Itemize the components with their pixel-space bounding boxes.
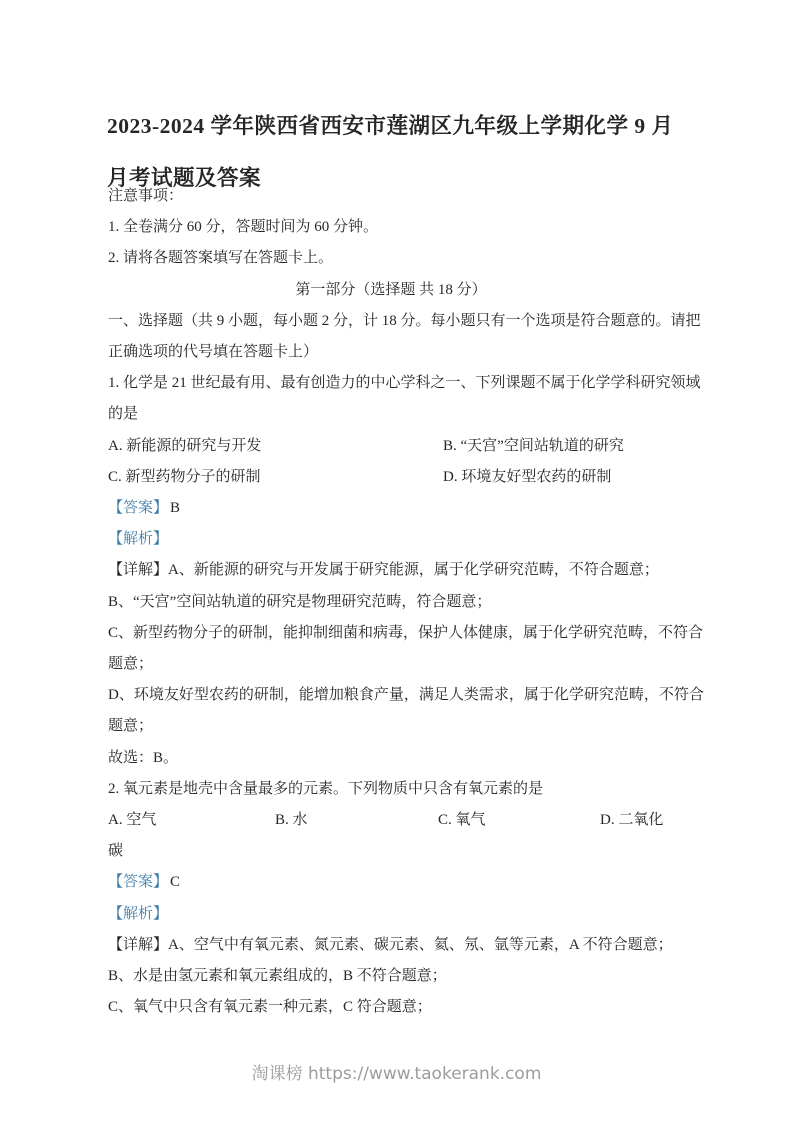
question2-stem: 2. 氧元素是地壳中含量最多的元素。下列物质中只含有氧元素的是: [108, 774, 674, 805]
question1-option-d: D. 环境友好型农药的研制: [443, 469, 611, 485]
question1-options-row1: A. 新能源的研究与开发B. “天宫”空间站轨道的研究: [108, 431, 674, 462]
section-intro-line1: 一、选择题（共 9 小题，每小题 2 分，计 18 分。每小题只有一个选项是符合…: [108, 306, 674, 337]
question1-option-a: A. 新能源的研究与开发: [108, 431, 443, 462]
footer-watermark: 淘课榜 https://www.taokerank.com: [0, 1062, 793, 1086]
question1-detail-line4: 题意；: [108, 649, 674, 680]
question1-detail-line2: B、“天宫”空间站轨道的研究是物理研究范畴，符合题意；: [108, 587, 674, 618]
question1-answer-row: 【答案】B: [108, 493, 674, 524]
question2-detail-line1: 【详解】A、空气中有氧元素、氮元素、碳元素、氦、氖、氩等元素，A 不符合题意；: [108, 930, 674, 961]
part-heading: 第一部分（选择题 共 18 分）: [108, 275, 674, 306]
notice-heading: 注意事项：: [108, 181, 674, 212]
question2-option-c: C. 氧气: [438, 805, 600, 836]
section-intro-line2: 正确选项的代号填在答题卡上）: [108, 337, 674, 368]
question1-detail-line1: 【详解】A、新能源的研究与开发属于研究能源，属于化学研究范畴，不符合题意；: [108, 555, 674, 586]
question2-option-d: D. 二氧化: [600, 812, 663, 828]
question1-options-row2: C. 新型药物分子的研制D. 环境友好型农药的研制: [108, 462, 674, 493]
document-body: 注意事项： 1. 全卷满分 60 分，答题时间为 60 分钟。 2. 请将各题答…: [108, 181, 674, 1023]
question2-analysis-row: 【解析】: [108, 899, 674, 930]
question1-detail-line5: D、环境友好型农药的研制，能增加粮食产量，满足人类需求，属于化学研究范畴，不符合: [108, 680, 674, 711]
question2-detail-line2: B、水是由氢元素和氧元素组成的，B 不符合题意；: [108, 961, 674, 992]
question1-analysis-row: 【解析】: [108, 524, 674, 555]
question2-option-b: B. 水: [275, 805, 438, 836]
notice-item-2: 2. 请将各题答案填写在答题卡上。: [108, 243, 674, 274]
question1-option-c: C. 新型药物分子的研制: [108, 462, 443, 493]
question2-answer-row: 【答案】C: [108, 867, 674, 898]
question1-analysis-label: 【解析】: [108, 531, 168, 547]
question2-option-a: A. 空气: [108, 805, 275, 836]
question1-stem-line1: 1. 化学是 21 世纪最有用、最有创造力的中心学科之一、下列课题不属于化学学科…: [108, 368, 674, 399]
question2-option-d-wrap: 碳: [108, 836, 674, 867]
question2-answer-value: C: [168, 874, 180, 890]
question1-option-b: B. “天宫”空间站轨道的研究: [443, 438, 624, 454]
exam-document-page: 2023-2024 学年陕西省西安市莲湖区九年级上学期化学 9 月 月考试题及答…: [0, 0, 793, 1122]
question1-detail-line6: 题意；: [108, 711, 674, 742]
page-title-line1: 2023-2024 学年陕西省西安市莲湖区九年级上学期化学 9 月: [107, 100, 687, 152]
notice-item-1: 1. 全卷满分 60 分，答题时间为 60 分钟。: [108, 212, 674, 243]
question1-answer-label: 【答案】: [108, 500, 168, 516]
question1-conclusion: 故选：B。: [108, 743, 674, 774]
question1-detail-line3: C、新型药物分子的研制，能抑制细菌和病毒，保护人体健康，属于化学研究范畴，不符合: [108, 618, 674, 649]
question1-answer-value: B: [168, 500, 180, 516]
question1-stem-line2: 的是: [108, 399, 674, 430]
question2-detail-line3: C、氧气中只含有氧元素一种元素，C 符合题意；: [108, 992, 674, 1023]
question2-analysis-label: 【解析】: [108, 906, 168, 922]
question2-answer-label: 【答案】: [108, 874, 168, 890]
question2-options-row: A. 空气B. 水C. 氧气D. 二氧化: [108, 805, 674, 836]
